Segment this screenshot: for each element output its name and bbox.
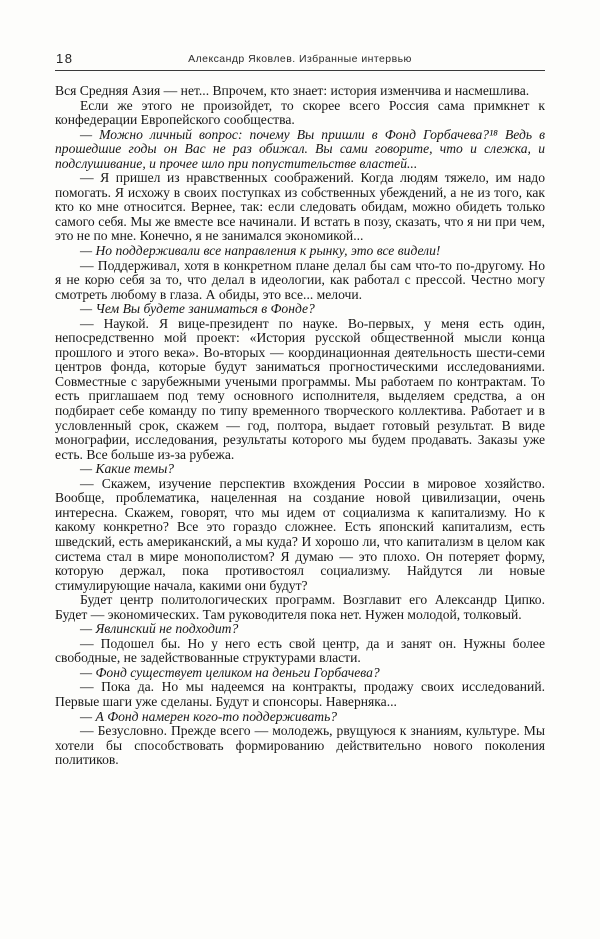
- running-title: Александр Яковлев. Избранные интервью: [55, 53, 545, 65]
- paragraph: Будет центр политологических программ. В…: [55, 593, 545, 622]
- paragraph: — Поддерживал, хотя в конкретном плане д…: [55, 259, 545, 303]
- paragraph: — Какие темы?: [55, 462, 545, 477]
- running-head: 18 Александр Яковлев. Избранные интервью: [55, 50, 545, 71]
- page-body: Вся Средняя Азия — нет... Впрочем, кто з…: [55, 84, 545, 768]
- paragraph: — А Фонд намерен кого-то поддерживать?: [55, 710, 545, 725]
- paragraph: — Безусловно. Прежде всего — молодежь, р…: [55, 724, 545, 768]
- paragraph: — Можно личный вопрос: почему Вы пришли …: [55, 128, 545, 172]
- paragraph: — Скажем, изучение перспектив вхождения …: [55, 477, 545, 593]
- paragraph: — Пока да. Но мы надеемся на контракты, …: [55, 680, 545, 709]
- paragraph: — Фонд существует целиком на деньги Горб…: [55, 666, 545, 681]
- paragraph: — Но поддерживали все направления к рынк…: [55, 244, 545, 259]
- paragraph: Вся Средняя Азия — нет... Впрочем, кто з…: [55, 84, 545, 99]
- paragraph: — Чем Вы будете заниматься в Фонде?: [55, 302, 545, 317]
- paragraph: — Явлинский не подходит?: [55, 622, 545, 637]
- paragraph: — Подошел бы. Но у него есть свой центр,…: [55, 637, 545, 666]
- paragraph: Если же этого не произойдет, то скорее в…: [55, 99, 545, 128]
- paragraph: — Наукой. Я вице-президент по науке. Во-…: [55, 317, 545, 462]
- paragraph: — Я пришел из нравственных соображений. …: [55, 171, 545, 244]
- book-page: 18 Александр Яковлев. Избранные интервью…: [0, 0, 600, 939]
